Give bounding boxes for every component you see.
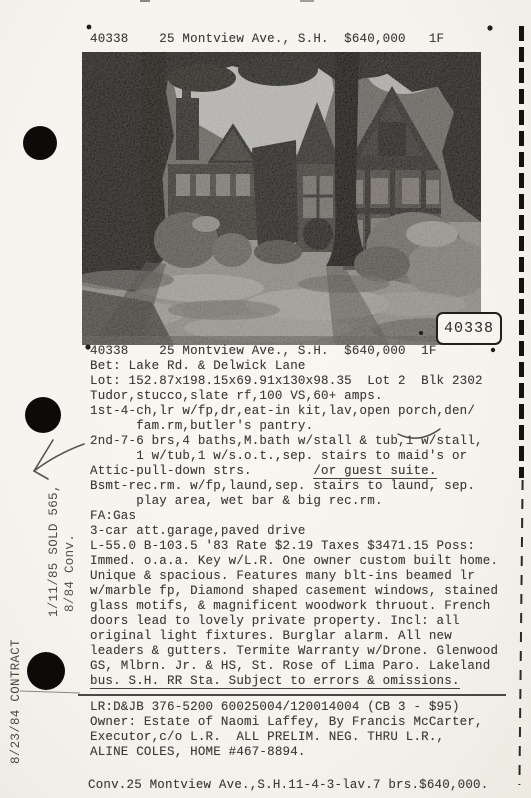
listing-text-block: 40338 25 Montview Ave., S.H. $640,000 1F…	[90, 344, 520, 760]
typed-text: Attic-pull-down strs.	[90, 464, 313, 478]
typed-text: Bet: Lake Rd. & Delwick Lane	[90, 359, 306, 373]
listing-header-line: 40338 25 Montview Ave., S.H. $640,000 1F	[90, 32, 444, 47]
listing-line: 3-car att.garage,paved drive	[90, 524, 520, 539]
rule-left-continuation	[20, 691, 80, 693]
typed-text: Bsmt-rec.rm. w/fp,laund,sep. stairs to l…	[90, 479, 475, 493]
listing-line: fam.rm,butler's pantry.	[90, 419, 520, 434]
listing-line: leaders & gutters. Termite Warranty w/Dr…	[90, 644, 520, 659]
listing-line: play area, wet bar & big rec.rm.	[90, 494, 520, 509]
typed-text: LR:D&JB 376-5200 60025004/120014004 (CB …	[90, 700, 460, 714]
property-photo	[82, 52, 481, 345]
listing-line: FA:Gas	[90, 509, 520, 524]
listing-line: 2nd-7-6 brs,4 baths,M.bath w/stall & tub…	[90, 434, 520, 449]
typed-text: play area, wet bar & big rec.rm.	[90, 494, 383, 508]
listing-line: 40338 25 Montview Ave., S.H. $640,000 1F	[90, 344, 520, 359]
listing-line: Attic-pull-down strs. /or guest suite.	[90, 464, 520, 479]
photo-id-text: 40338	[444, 320, 494, 337]
margin-note-conv: 8/84 Conv.	[63, 534, 77, 612]
scanned-listing-sheet: 1/11/85 SOLD 565, 8/84 Conv. 8/23/84 CON…	[0, 0, 531, 798]
handwritten-checkmark	[34, 440, 84, 479]
underlined-text: /or guest suite.	[313, 464, 436, 479]
typed-text: 1 w/tub,1 w/s.o.t.,sep. stairs to maid's…	[90, 449, 467, 463]
typed-text: 1st-4-ch,lr w/fp,dr,eat-in kit,lav,open …	[90, 404, 475, 418]
typed-text: ALINE COLES, HOME #467-8894.	[90, 745, 306, 759]
typed-text: Executor,c/o L.R. ALL PRELIM. NEG. THRU …	[90, 730, 444, 744]
typed-text: leaders & gutters. Termite Warranty w/Dr…	[90, 644, 498, 658]
tudor-house-photo-illustration	[82, 52, 481, 345]
listing-line: 1 w/tub,1 w/s.o.t.,sep. stairs to maid's…	[90, 449, 520, 464]
listing-line: doors lead to lovely private property. I…	[90, 614, 520, 629]
horizontal-rule	[78, 694, 506, 696]
listing-line: L-55.0 B-103.5 '83 Rate $2.19 Taxes $347…	[90, 539, 520, 554]
listing-line: Bet: Lake Rd. & Delwick Lane	[90, 359, 520, 374]
typed-text: w/marble fp, Diamond shaped casement win…	[90, 584, 498, 598]
typed-text: original light fixtures. Burglar alarm. …	[90, 629, 452, 643]
listing-line: Immed. o.a.a. Key w/L.R. One owner custo…	[90, 554, 520, 569]
underlined-text: bus. S.H. RR Sta. Subject to errors & om…	[90, 674, 460, 689]
typed-text: Tudor,stucco,slate rf,100 VS,60+ amps.	[90, 389, 383, 403]
typed-text: doors lead to lovely private property. I…	[90, 614, 460, 628]
listing-line: Lot: 152.87x198.15x69.91x130x98.35 Lot 2…	[90, 374, 520, 389]
typed-text: Immed. o.a.a. Key w/L.R. One owner custo…	[90, 554, 498, 568]
margin-note-sold: 1/11/85 SOLD 565,	[47, 484, 61, 617]
listing-line: Executor,c/o L.R. ALL PRELIM. NEG. THRU …	[90, 730, 520, 745]
photo-id-label: 40338	[436, 312, 502, 345]
margin-note-contract: 8/23/84 CONTRACT	[9, 639, 23, 764]
typed-text: glass motifs, & magnificent woodwork thr…	[90, 599, 490, 613]
listing-line: Bsmt-rec.rm. w/fp,laund,sep. stairs to l…	[90, 479, 520, 494]
listing-line: original light fixtures. Burglar alarm. …	[90, 629, 520, 644]
typed-text: 3-car att.garage,paved drive	[90, 524, 306, 538]
punch-hole-bottom	[27, 652, 65, 690]
typed-text: Lot: 152.87x198.15x69.91x130x98.35 Lot 2…	[90, 374, 483, 388]
listing-line: ALINE COLES, HOME #467-8894.	[90, 745, 520, 760]
punch-hole-top	[23, 126, 57, 160]
listing-line: 1st-4-ch,lr w/fp,dr,eat-in kit,lav,open …	[90, 404, 520, 419]
typed-text: L-55.0 B-103.5 '83 Rate $2.19 Taxes $347…	[90, 539, 475, 553]
punch-hole-middle	[25, 397, 61, 433]
listing-line: Tudor,stucco,slate rf,100 VS,60+ amps.	[90, 389, 520, 404]
listing-line: bus. S.H. RR Sta. Subject to errors & om…	[90, 674, 520, 689]
listing-line: glass motifs, & magnificent woodwork thr…	[90, 599, 520, 614]
listing-line: w/marble fp, Diamond shaped casement win…	[90, 584, 520, 599]
listing-line: GS, Mlbrn. Jr. & HS, St. Rose of Lima Pa…	[90, 659, 520, 674]
listing-line: LR:D&JB 376-5200 60025004/120014004 (CB …	[90, 700, 520, 715]
typed-text: Owner: Estate of Naomi Laffey, By Franci…	[90, 715, 483, 729]
footer-summary-line: Conv.25 Montview Ave.,S.H.11-4-3-lav.7 b…	[88, 778, 488, 793]
listing-line: Unique & spacious. Features many blt-ins…	[90, 569, 520, 584]
listing-line: Owner: Estate of Naomi Laffey, By Franci…	[90, 715, 520, 730]
typed-text: GS, Mlbrn. Jr. & HS, St. Rose of Lima Pa…	[90, 659, 490, 673]
typed-text: FA:Gas	[90, 509, 136, 523]
typed-text: 2nd-7-6 brs,4 baths,M.bath w/stall & tub…	[90, 434, 483, 448]
typed-text: fam.rm,butler's pantry.	[90, 419, 313, 433]
typed-text: Unique & spacious. Features many blt-ins…	[90, 569, 475, 583]
torn-edge-top	[519, 26, 524, 478]
typed-text: 40338 25 Montview Ave., S.H. $640,000 1F	[90, 344, 437, 358]
